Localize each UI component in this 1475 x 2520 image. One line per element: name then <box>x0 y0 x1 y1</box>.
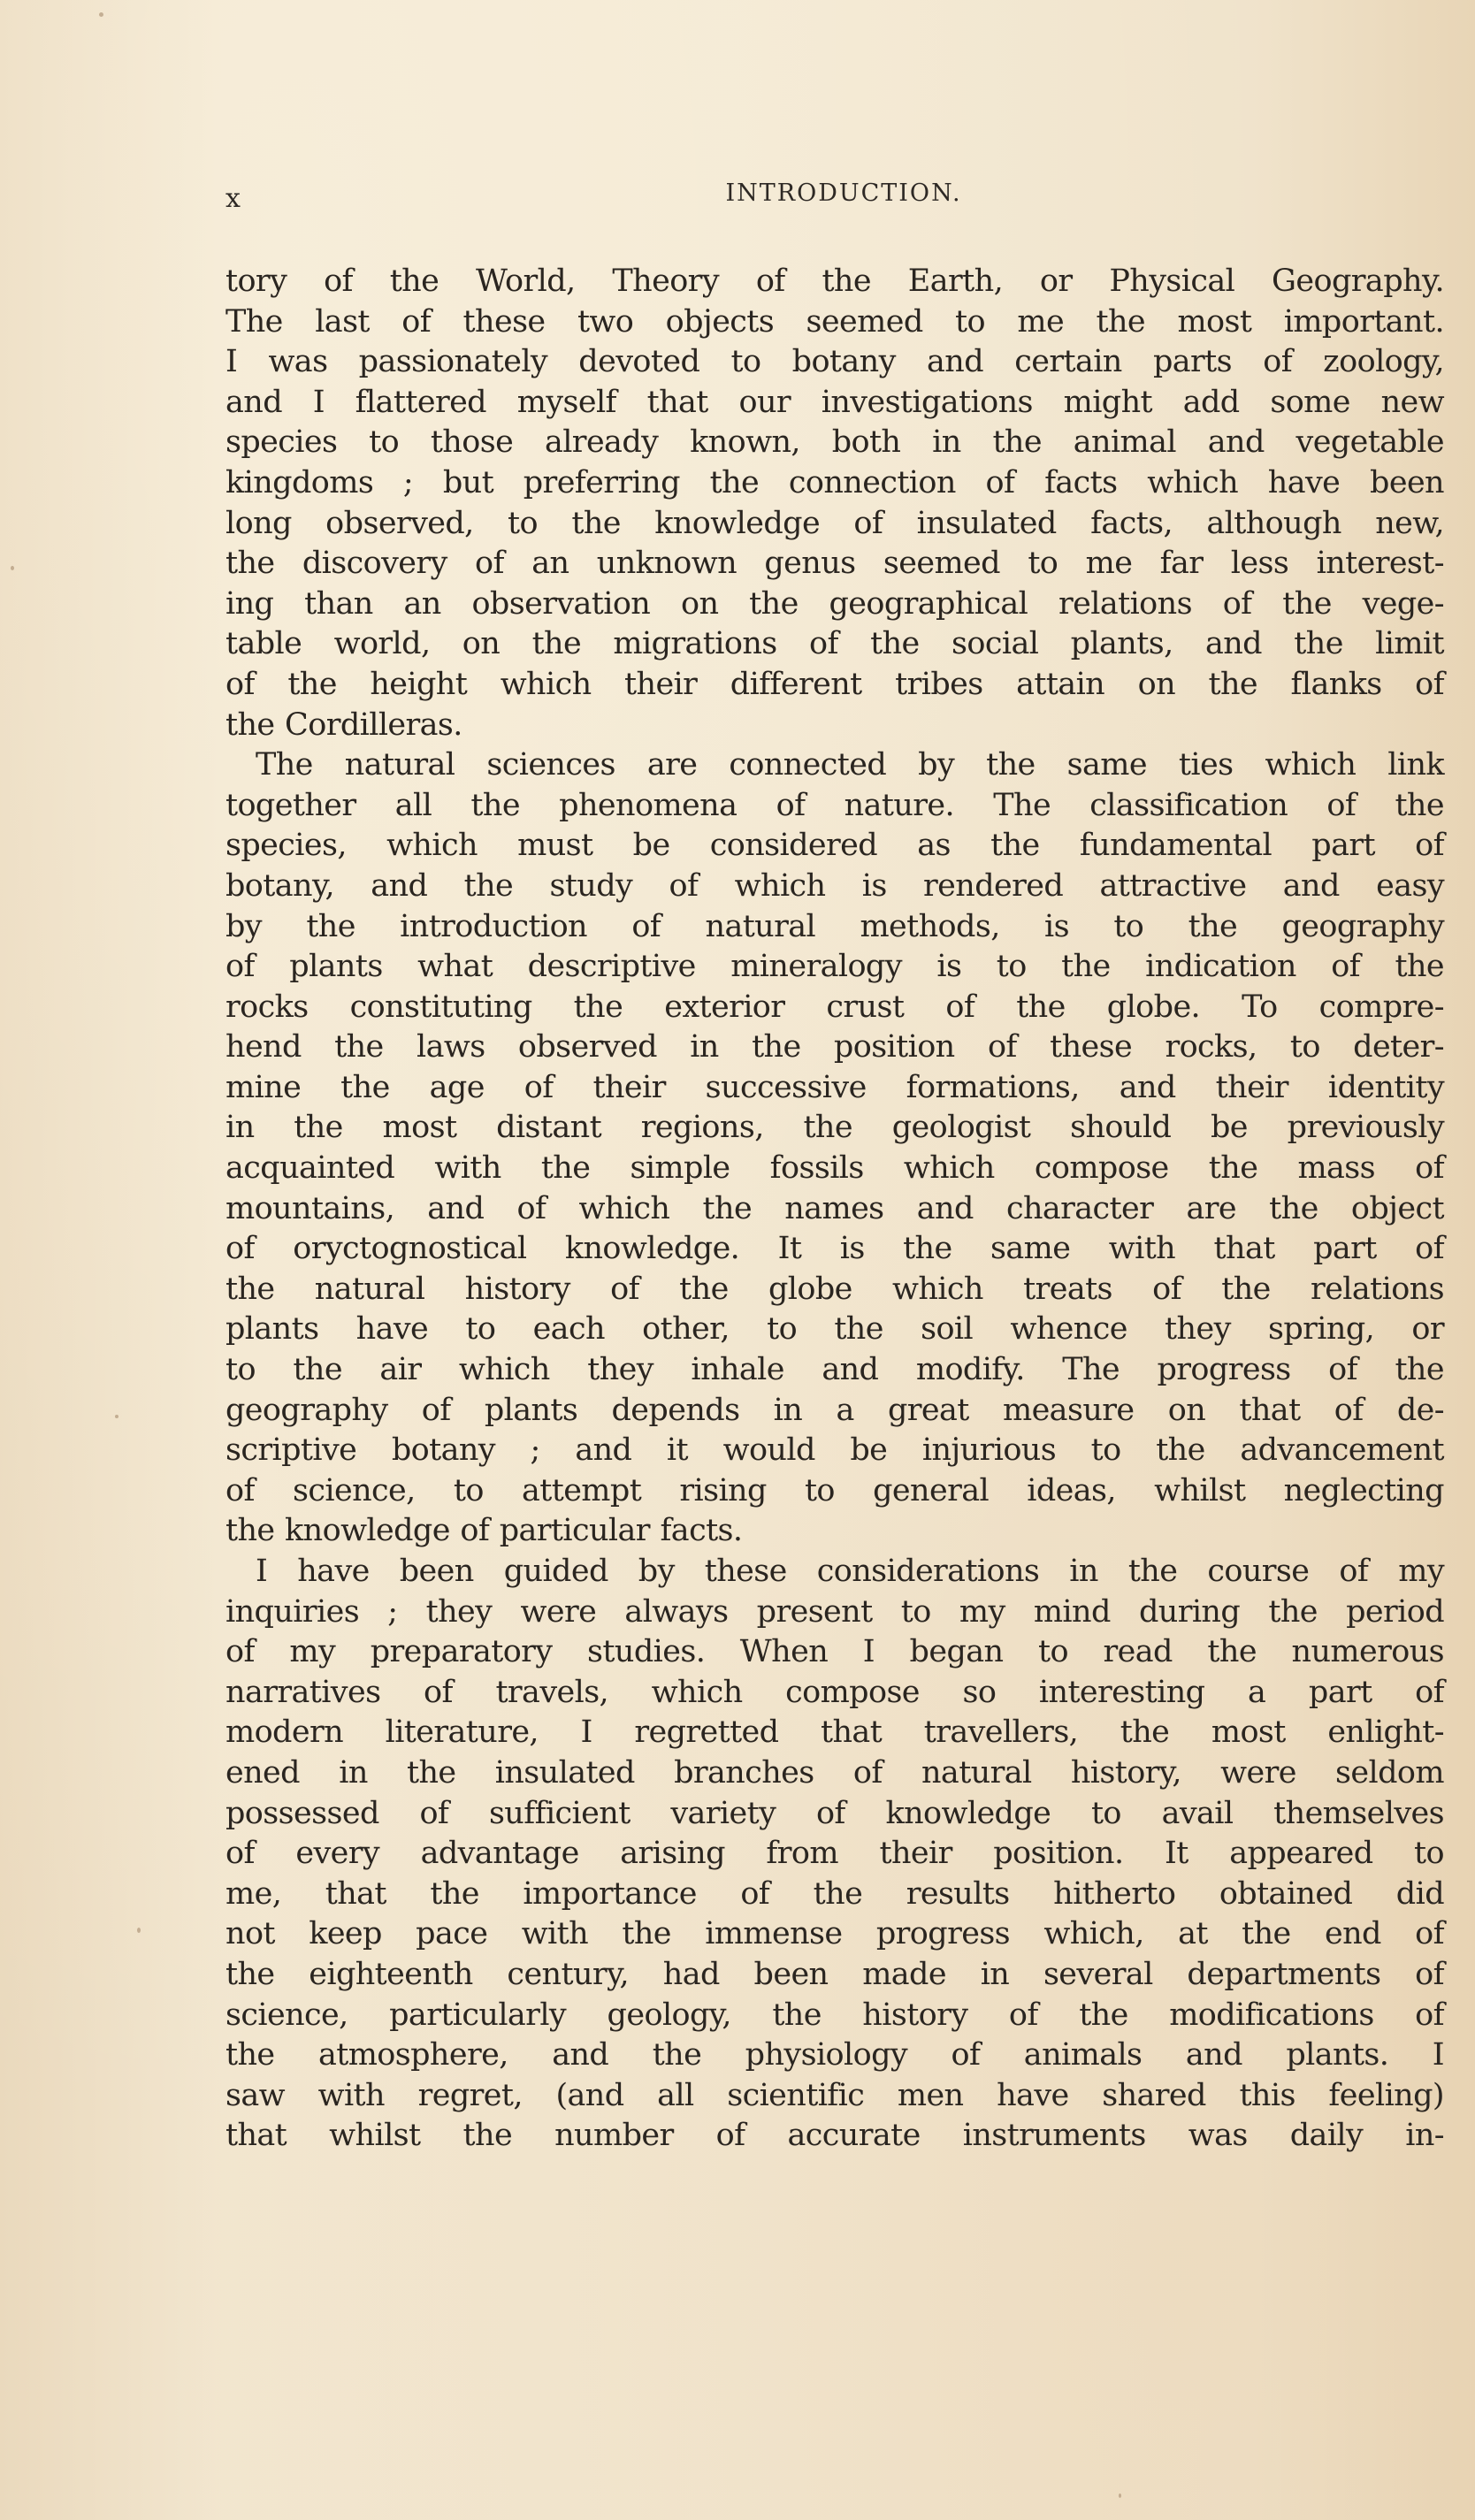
text-line: I was passionately devoted to botany and… <box>225 342 1444 383</box>
text-line: long observed, to the knowledge of insul… <box>225 504 1444 545</box>
text-line: The natural sciences are connected by th… <box>225 745 1444 786</box>
running-head: x INTRODUCTION. <box>225 179 1444 215</box>
text-line: of plants what descriptive mineralogy is… <box>225 947 1444 988</box>
text-line: to the air which they inhale and modify.… <box>225 1350 1444 1391</box>
text-line: ened in the insulated branches of natura… <box>225 1753 1444 1794</box>
text-line: saw with regret, (and all scientific men… <box>225 2076 1444 2117</box>
text-line: species, which must be considered as the… <box>225 826 1444 867</box>
text-line: of science, to attempt rising to general… <box>225 1471 1444 1512</box>
text-line: of the height which their different trib… <box>225 665 1444 706</box>
text-line: the Cordilleras. <box>225 706 1444 746</box>
text-line: The last of these two objects seemed to … <box>225 302 1444 343</box>
paper-speck <box>1119 2493 1121 2498</box>
text-line: science, particularly geology, the histo… <box>225 1996 1444 2036</box>
paragraph-1: tory of the World, Theory of the Earth, … <box>225 262 1444 745</box>
text-line: table world, on the migrations of the so… <box>225 624 1444 665</box>
text-line: rocks constituting the exterior crust of… <box>225 988 1444 1028</box>
text-line: not keep pace with the immense progress … <box>225 1914 1444 1955</box>
paragraph-2: The natural sciences are connected by th… <box>225 745 1444 1552</box>
text-line: mountains, and of which the names and ch… <box>225 1189 1444 1230</box>
text-line: the knowledge of particular facts. <box>225 1511 1444 1552</box>
paragraph-3: I have been guided by these consideratio… <box>225 1552 1444 2157</box>
text-line: I have been guided by these consideratio… <box>225 1552 1444 1592</box>
text-line: modern literature, I regretted that trav… <box>225 1713 1444 1753</box>
body-text: tory of the World, Theory of the Earth, … <box>225 262 1444 2157</box>
text-line: and I flattered myself that our investig… <box>225 383 1444 424</box>
text-line: of my preparatory studies. When I began … <box>225 1632 1444 1673</box>
text-line: by the introduction of natural methods, … <box>225 907 1444 948</box>
text-line: plants have to each other, to the soil w… <box>225 1310 1444 1350</box>
text-line: me, that the importance of the results h… <box>225 1875 1444 1915</box>
running-title: INTRODUCTION. <box>225 179 1444 207</box>
text-line: hend the laws observed in the position o… <box>225 1027 1444 1068</box>
text-line: that whilst the number of accurate instr… <box>225 2116 1444 2157</box>
text-line: geography of plants depends in a great m… <box>225 1391 1444 1432</box>
text-line: the atmosphere, and the physiology of an… <box>225 2035 1444 2076</box>
paper-speck <box>137 1928 141 1933</box>
text-line: in the most distant regions, the geologi… <box>225 1108 1444 1149</box>
text-line: species to those already known, both in … <box>225 423 1444 463</box>
text-line: kingdoms ; but preferring the connection… <box>225 463 1444 504</box>
text-line: mine the age of their successive formati… <box>225 1068 1444 1109</box>
text-line: ing than an observation on the geographi… <box>225 584 1444 625</box>
text-line: together all the phenomena of nature. Th… <box>225 786 1444 827</box>
text-line: narratives of travels, which compose so … <box>225 1673 1444 1714</box>
text-line: of oryctognostical knowledge. It is the … <box>225 1229 1444 1270</box>
paper-speck <box>11 566 14 570</box>
text-line: tory of the World, Theory of the Earth, … <box>225 262 1444 302</box>
text-line: scriptive botany ; and it would be injur… <box>225 1431 1444 1471</box>
text-line: of every advantage arising from their po… <box>225 1834 1444 1875</box>
text-line: acquainted with the simple fossils which… <box>225 1149 1444 1189</box>
paper-speck <box>115 1415 118 1418</box>
text-line: botany, and the study of which is render… <box>225 867 1444 907</box>
text-line: the discovery of an unknown genus seemed… <box>225 544 1444 584</box>
text-line: inquiries ; they were always present to … <box>225 1592 1444 1633</box>
paper-speck <box>99 12 103 17</box>
text-line: the natural history of the globe which t… <box>225 1270 1444 1310</box>
text-line: possessed of sufficient variety of knowl… <box>225 1794 1444 1835</box>
text-line: the eighteenth century, had been made in… <box>225 1955 1444 1996</box>
